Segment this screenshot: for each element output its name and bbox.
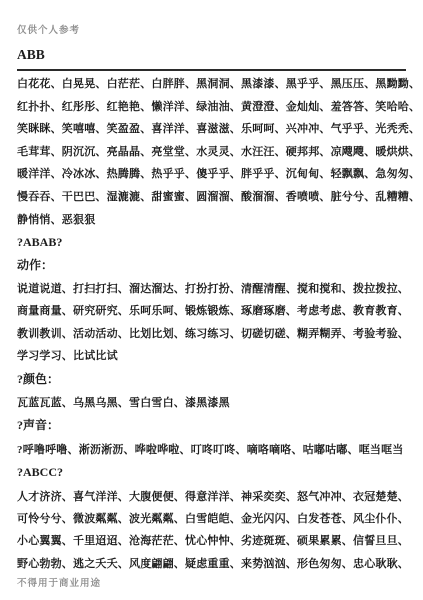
section-title-abab: ?ABAB?	[17, 231, 406, 253]
text-line: 可怜兮兮、微波粼粼、波光粼粼、白雪皑皑、金光闪闪、白发苍苍、风尘仆仆、	[17, 508, 406, 530]
text-line: 教训教训、活动活动、比划比划、练习练习、切磋切磋、糊弄糊弄、考验考验、	[17, 323, 406, 345]
section-title-abb: ABB	[17, 46, 406, 71]
text-line: 笑眯眯、笑嘻嘻、笑盈盈、喜洋洋、喜滋滋、乐呵呵、兴冲冲、气乎乎、光秃秃、	[17, 118, 406, 141]
text-line: 商量商量、研究研究、乐呵乐呵、锻炼锻炼、琢磨琢磨、考虑考虑、教育教育、	[17, 300, 406, 322]
document-page: 仅供个人参考 ABB 白花花、白晃晃、白茫茫、白胖胖、黑洞洞、黑漆漆、黑乎乎、黑…	[0, 0, 423, 600]
text-line: 慢吞吞、干巴巴、湿漉漉、甜蜜蜜、圆溜溜、酸溜溜、香喷喷、脏兮兮、乱糟糟、	[17, 186, 406, 209]
section-title-abcc: ?ABCC?	[17, 461, 406, 483]
abab-action-word-list: 说道说道、打扫打扫、溜达溜达、打扮打扮、清醒清醒、搅和搅和、拨拉拨拉、商量商量、…	[17, 278, 406, 368]
subsection-label-sound: ?声音：	[17, 414, 406, 436]
text-line: 毛茸茸、阴沉沉、亮晶晶、亮堂堂、水灵灵、水汪汪、硬邦邦、凉飕飕、暖烘烘、	[17, 141, 406, 164]
watermark-bottom: 不得用于商业用途	[17, 577, 406, 591]
subsection-label-color: ?颜色：	[17, 368, 406, 390]
watermark-top: 仅供个人参考	[17, 24, 406, 38]
text-line: 小心翼翼、千里迢迢、沧海茫茫、忧心忡忡、劣迹斑斑、硕果累累、信誓旦旦、	[17, 530, 406, 552]
text-line: 红扑扑、红彤彤、红艳艳、懒洋洋、绿油油、黄澄澄、金灿灿、羞答答、笑哈哈、	[17, 96, 406, 119]
text-line: ?呼噜呼噜、淅沥淅沥、哗啦哗啦、叮咚叮咚、嘀咯嘀咯、咕嘟咕嘟、哐当哐当	[17, 439, 406, 461]
abab-sound-word-list: ?呼噜呼噜、淅沥淅沥、哗啦哗啦、叮咚叮咚、嘀咯嘀咯、咕嘟咕嘟、哐当哐当	[17, 439, 406, 461]
subsection-label-action: 动作：	[17, 254, 406, 276]
text-line: 学习学习、比试比试	[17, 345, 406, 367]
abab-color-word-list: 瓦蓝瓦蓝、乌黑乌黑、雪白雪白、漆黑漆黑	[17, 392, 406, 414]
text-line: 白花花、白晃晃、白茫茫、白胖胖、黑洞洞、黑漆漆、黑乎乎、黑压压、黑黝黝、	[17, 73, 406, 96]
text-line: 人才济济、喜气洋洋、大腹便便、得意洋洋、神采奕奕、怒气冲冲、衣冠楚楚、	[17, 486, 406, 508]
text-line: 瓦蓝瓦蓝、乌黑乌黑、雪白雪白、漆黑漆黑	[17, 392, 406, 414]
text-line: 静悄悄、恶狠狠	[17, 209, 406, 232]
text-line: 野心勃勃、逃之夭夭、风度翩翩、疑虑重重、来势汹汹、形色匆匆、忠心耿耿、	[17, 553, 406, 575]
abcc-word-list: 人才济济、喜气洋洋、大腹便便、得意洋洋、神采奕奕、怒气冲冲、衣冠楚楚、可怜兮兮、…	[17, 486, 406, 576]
text-line: 暖洋洋、冷冰冰、热腾腾、热乎乎、傻乎乎、胖乎乎、沉甸甸、轻飘飘、急匆匆、	[17, 163, 406, 186]
text-line: 说道说道、打扫打扫、溜达溜达、打扮打扮、清醒清醒、搅和搅和、拨拉拨拉、	[17, 278, 406, 300]
abb-word-list: 白花花、白晃晃、白茫茫、白胖胖、黑洞洞、黑漆漆、黑乎乎、黑压压、黑黝黝、红扑扑、…	[17, 73, 406, 231]
